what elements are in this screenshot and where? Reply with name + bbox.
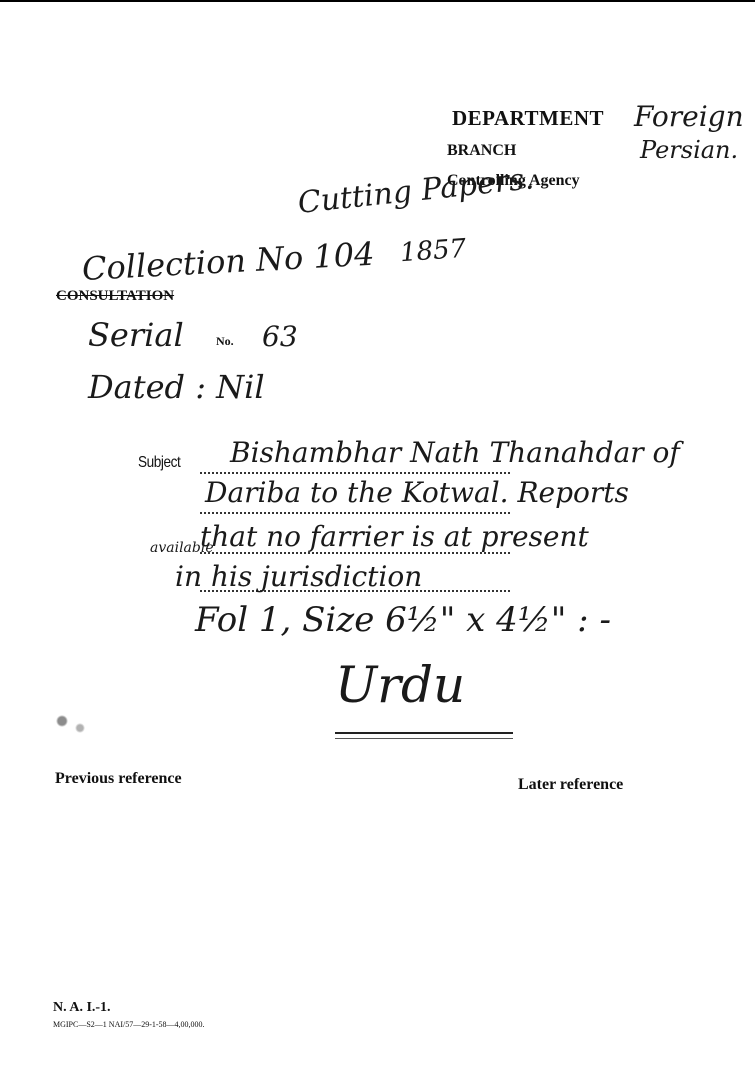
subject-line-5: Fol 1, Size 6½" x 4½" : -: [195, 600, 611, 640]
subject-line-1: Bishambhar Nath Thanahdar of: [230, 436, 680, 469]
language-underline: [335, 732, 513, 739]
year-note: 1857: [399, 234, 467, 269]
subject-insertion: available: [150, 540, 214, 556]
cutting-papers-note: Cutting Papers.: [296, 161, 535, 221]
subject-dotted-line: [200, 512, 510, 514]
subject-label: Subject: [138, 454, 180, 472]
department-value: Foreign: [634, 100, 744, 133]
print-code: MGIPC—S2—1 NAI/57—29-1-58—4,00,000.: [53, 1020, 205, 1029]
form-id: N. A. I.-1.: [53, 1000, 111, 1016]
later-reference-label: Later reference: [518, 776, 623, 794]
paper-specks: [50, 700, 90, 735]
dated-field: Dated : Nil: [88, 368, 265, 406]
subject-dotted-line: [200, 472, 510, 474]
collection-note: Collection No 104: [81, 235, 375, 288]
previous-reference-label: Previous reference: [55, 770, 182, 788]
subject-line-2: Dariba to the Kotwal. Reports: [205, 476, 629, 509]
serial-number: 63: [262, 320, 298, 353]
no-label: No.: [216, 334, 234, 349]
branch-value: Persian.: [640, 136, 738, 164]
subject-line-3: that no farrier is at present: [200, 520, 589, 553]
language-note: Urdu: [335, 656, 465, 714]
top-border: [0, 0, 755, 2]
consultation-label: CONSULTATION: [56, 288, 174, 305]
subject-line-4: in his jurisdiction: [175, 560, 422, 593]
department-label: DEPARTMENT: [452, 106, 604, 131]
branch-label: BRANCH: [447, 142, 516, 160]
serial-label: Serial: [88, 316, 184, 354]
